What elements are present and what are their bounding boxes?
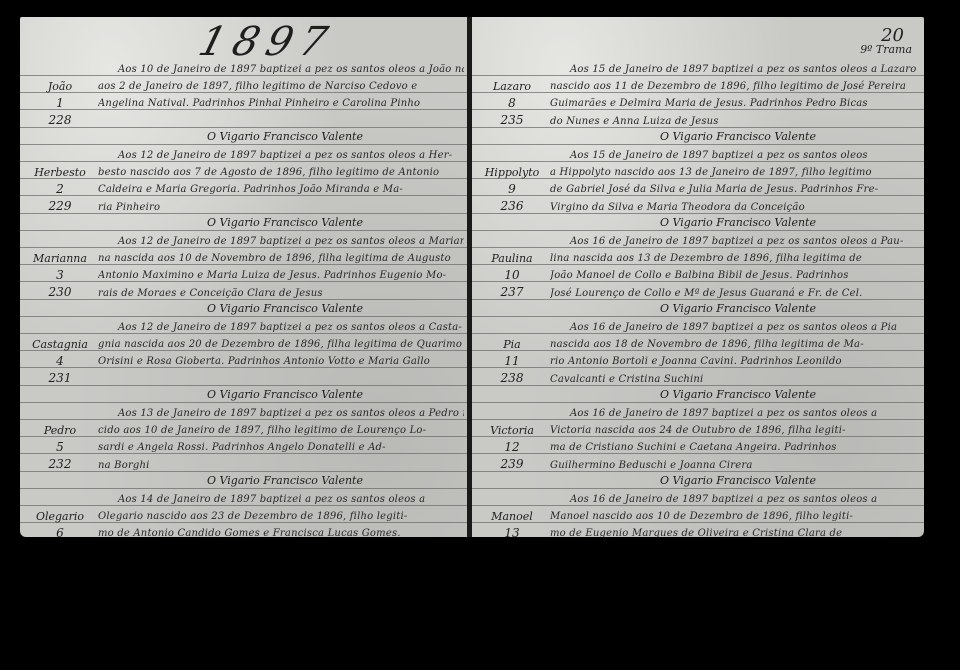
- entry-margin: Hippolyto9236: [476, 164, 548, 215]
- entry-child-name: João: [24, 78, 96, 95]
- entry-child-name: Castagnia: [24, 336, 96, 353]
- entry-text: Aos 16 de Janeiro de 1897 baptizei a pez…: [550, 233, 918, 302]
- entry-text-line: Olegario nascido aos 23 de Dezembro de 1…: [98, 508, 464, 525]
- entry-text-line: Aos 16 de Janeiro de 1897 baptizei a pez…: [550, 319, 918, 336]
- entry-text-line: nascida aos 18 de Novembro de 1896, filh…: [550, 336, 918, 353]
- entry-sequence-number: 6: [24, 525, 96, 537]
- vicar-signature: O Vigario Francisco Valente: [472, 130, 924, 143]
- entry-margin: Paulina10237: [476, 250, 548, 301]
- entry-text-line: mo de Antonio Candido Gomes e Francisca …: [98, 525, 464, 537]
- entry-text-line: a Hippolyto nascido aos 13 de Janeiro de…: [550, 164, 918, 181]
- entry-register-number: 228: [24, 112, 96, 129]
- entry-text-line: Aos 15 de Janeiro de 1897 baptizei a pez…: [550, 61, 918, 78]
- entry-margin: Victoria12239: [476, 422, 548, 473]
- entry-text-line: lina nascida aos 13 de Dezembro de 1896,…: [550, 250, 918, 267]
- entry-text: Aos 16 de Janeiro de 1897 baptizei a pez…: [550, 491, 918, 537]
- entry-text: Aos 10 de Janeiro de 1897 baptizei a pez…: [98, 61, 464, 130]
- entry-text-line: rais de Moraes e Conceição Clara de Jesu…: [98, 285, 464, 302]
- rule-line: [20, 488, 470, 489]
- entry-child-name: Paulina: [476, 250, 548, 267]
- left-ledger-page: 1897 João1228Aos 10 de Janeiro de 1897 b…: [20, 17, 470, 537]
- entry-child-name: Manoel: [476, 508, 548, 525]
- entry-margin: Pia11238: [476, 336, 548, 387]
- right-ledger-page: 20 9º Trama Lazaro8235Aos 15 de Janeiro …: [472, 17, 924, 537]
- entry-text: Aos 12 de Janeiro de 1897 baptizei a pez…: [98, 233, 464, 302]
- entry-register-number: 229: [24, 198, 96, 215]
- entry-child-name: Herbesto: [24, 164, 96, 181]
- rule-line: [20, 230, 470, 231]
- entry-text: Aos 16 de Janeiro de 1897 baptizei a pez…: [550, 319, 918, 388]
- entry-text-line: Manoel nascido aos 10 de Dezembro de 189…: [550, 508, 918, 525]
- folio-annotation: 9º Trama: [860, 43, 912, 56]
- entry-text-line: Aos 16 de Janeiro de 1897 baptizei a pez…: [550, 233, 918, 250]
- entry-register-number: 231: [24, 370, 96, 387]
- entry-text: Aos 12 de Janeiro de 1897 baptizei a pez…: [98, 319, 464, 388]
- vicar-signature: O Vigario Francisco Valente: [20, 302, 470, 315]
- vicar-signature: O Vigario Francisco Valente: [20, 130, 470, 143]
- rule-line: [20, 402, 470, 403]
- entry-text-line: Aos 16 de Janeiro de 1897 baptizei a pez…: [550, 491, 918, 508]
- entry-text-line: Aos 12 de Janeiro de 1897 baptizei a pez…: [98, 233, 464, 250]
- rule-line: [472, 488, 924, 489]
- entry-sequence-number: 9: [476, 181, 548, 198]
- entry-text: Aos 15 de Janeiro de 1897 baptizei a pez…: [550, 147, 918, 216]
- entry-text-line: na nascida aos 10 de Novembro de 1896, f…: [98, 250, 464, 267]
- entry-text-line: Caldeira e Maria Gregoria. Padrinhos Joã…: [98, 181, 464, 198]
- entry-margin: Marianna3230: [24, 250, 96, 301]
- entry-sequence-number: 3: [24, 267, 96, 284]
- entry-sequence-number: 13: [476, 525, 548, 537]
- entry-text-line: mo de Eugenio Marques de Oliveira e Cris…: [550, 525, 918, 537]
- entry-text-line: Guilhermino Beduschi e Joanna Cirera: [550, 457, 918, 474]
- entry-text-line: [98, 371, 464, 388]
- entry-text: Aos 13 de Janeiro de 1897 baptizei a pez…: [98, 405, 464, 474]
- entry-sequence-number: 1: [24, 95, 96, 112]
- entry-margin: Pedro5232: [24, 422, 96, 473]
- entry-text-line: rio Antonio Bortoli e Joanna Cavini. Pad…: [550, 353, 918, 370]
- entry-margin: Herbesto2229: [24, 164, 96, 215]
- entry-register-number: 239: [476, 456, 548, 473]
- rule-line: [472, 402, 924, 403]
- entry-text-line: Aos 10 de Janeiro de 1897 baptizei a pez…: [98, 61, 464, 78]
- entry-text: Aos 12 de Janeiro de 1897 baptizei a pez…: [98, 147, 464, 216]
- rule-line: [20, 316, 470, 317]
- entry-child-name: Pedro: [24, 422, 96, 439]
- entry-text-line: Cavalcanti e Cristina Suchini: [550, 371, 918, 388]
- vicar-signature: O Vigario Francisco Valente: [472, 216, 924, 229]
- entry-text-line: Aos 14 de Janeiro de 1897 baptizei a pez…: [98, 491, 464, 508]
- entry-text-line: Orisini e Rosa Gioberta. Padrinhos Anton…: [98, 353, 464, 370]
- rule-line: [472, 230, 924, 231]
- entry-text-line: sardi e Angela Rossi. Padrinhos Angelo D…: [98, 439, 464, 456]
- entry-sequence-number: 5: [24, 439, 96, 456]
- entry-margin: João1228: [24, 78, 96, 129]
- entry-register-number: 236: [476, 198, 548, 215]
- entry-text-line: Aos 12 de Janeiro de 1897 baptizei a pez…: [98, 147, 464, 164]
- entry-text-line: aos 2 de Janeiro de 1897, filho legitimo…: [98, 78, 464, 95]
- entry-text-line: cido aos 10 de Janeiro de 1897, filho le…: [98, 422, 464, 439]
- entry-sequence-number: 2: [24, 181, 96, 198]
- entry-register-number: 238: [476, 370, 548, 387]
- entry-text-line: do Nunes e Anna Luiza de Jesus: [550, 113, 918, 130]
- entry-sequence-number: 12: [476, 439, 548, 456]
- entry-text-line: gnia nascida aos 20 de Dezembro de 1896,…: [98, 336, 464, 353]
- entry-margin: Olegario6233: [24, 508, 96, 537]
- entry-sequence-number: 10: [476, 267, 548, 284]
- entry-text-line: besto nascido aos 7 de Agosto de 1896, f…: [98, 164, 464, 181]
- rule-line: [472, 144, 924, 145]
- entry-register-number: 235: [476, 112, 548, 129]
- entry-child-name: Victoria: [476, 422, 548, 439]
- entry-text-line: João Manoel de Collo e Balbina Bibil de …: [550, 267, 918, 284]
- entry-margin: Castagnia4231: [24, 336, 96, 387]
- entry-child-name: Marianna: [24, 250, 96, 267]
- entry-sequence-number: 4: [24, 353, 96, 370]
- entry-sequence-number: 11: [476, 353, 548, 370]
- entry-text-line: Guimarães e Delmira Maria de Jesus. Padr…: [550, 95, 918, 112]
- entry-text-line: [98, 113, 464, 130]
- entry-text-line: nascido aos 11 de Dezembro de 1896, filh…: [550, 78, 918, 95]
- entry-child-name: Hippolyto: [476, 164, 548, 181]
- entry-child-name: Lazaro: [476, 78, 548, 95]
- entry-text: Aos 16 de Janeiro de 1897 baptizei a pez…: [550, 405, 918, 474]
- entry-margin: Lazaro8235: [476, 78, 548, 129]
- entry-text-line: ria Pinheiro: [98, 199, 464, 216]
- entry-child-name: Olegario: [24, 508, 96, 525]
- entry-text: Aos 15 de Janeiro de 1897 baptizei a pez…: [550, 61, 918, 130]
- entry-text-line: Aos 16 de Janeiro de 1897 baptizei a pez…: [550, 405, 918, 422]
- entry-register-number: 230: [24, 284, 96, 301]
- entry-text: Aos 14 de Janeiro de 1897 baptizei a pez…: [98, 491, 464, 537]
- vicar-signature: O Vigario Francisco Valente: [472, 388, 924, 401]
- year-heading: 1897: [194, 19, 340, 65]
- entry-text-line: Virgino da Silva e Maria Theodora da Con…: [550, 199, 918, 216]
- vicar-signature: O Vigario Francisco Valente: [20, 216, 470, 229]
- vicar-signature: O Vigario Francisco Valente: [20, 474, 470, 487]
- entry-child-name: Pia: [476, 336, 548, 353]
- entry-text-line: Antonio Maximino e Maria Luiza de Jesus.…: [98, 267, 464, 284]
- entry-text-line: Aos 13 de Janeiro de 1897 baptizei a pez…: [98, 405, 464, 422]
- vicar-signature: O Vigario Francisco Valente: [472, 302, 924, 315]
- entry-text-line: Victoria nascida aos 24 de Outubro de 18…: [550, 422, 918, 439]
- vicar-signature: O Vigario Francisco Valente: [472, 474, 924, 487]
- entry-margin: Manoel13240: [476, 508, 548, 537]
- entry-text-line: Angelina Natival. Padrinhos Pinhal Pinhe…: [98, 95, 464, 112]
- vicar-signature: O Vigario Francisco Valente: [20, 388, 470, 401]
- entry-register-number: 237: [476, 284, 548, 301]
- entry-text-line: José Lourenço de Collo e Mª de Jesus Gua…: [550, 285, 918, 302]
- rule-line: [472, 316, 924, 317]
- entry-text-line: Aos 15 de Janeiro de 1897 baptizei a pez…: [550, 147, 918, 164]
- entry-text-line: na Borghi: [98, 457, 464, 474]
- entry-sequence-number: 8: [476, 95, 548, 112]
- entry-text-line: ma de Cristiano Suchini e Caetana Angeir…: [550, 439, 918, 456]
- entry-text-line: Aos 12 de Janeiro de 1897 baptizei a pez…: [98, 319, 464, 336]
- entry-text-line: de Gabriel José da Silva e Julia Maria d…: [550, 181, 918, 198]
- entry-register-number: 232: [24, 456, 96, 473]
- rule-line: [20, 144, 470, 145]
